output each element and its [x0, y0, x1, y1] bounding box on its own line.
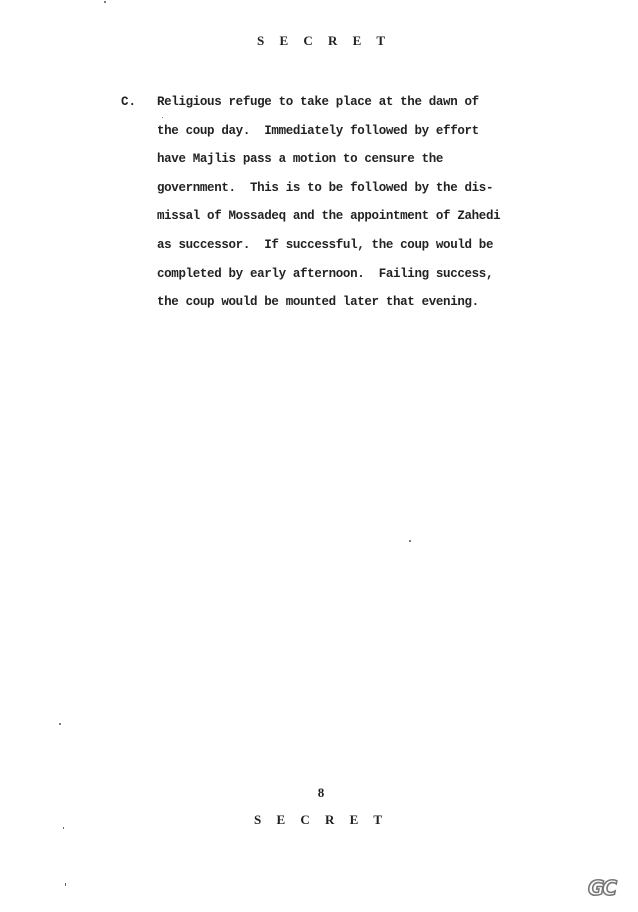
scan-speck: [104, 1, 106, 3]
text-line: missal of Mossadeq and the appointment o…: [157, 202, 597, 231]
text-line: government. This is to be followed by th…: [157, 174, 597, 203]
text-line: as successor. If successful, the coup wo…: [157, 231, 597, 260]
paragraph-text: Religious refuge to take place at the da…: [157, 88, 597, 317]
scan-speck: [63, 827, 64, 829]
text-line: completed by early afternoon. Failing su…: [157, 260, 597, 289]
page-number: 8: [0, 785, 638, 801]
watermark-logo: GC: [588, 876, 615, 900]
text-line: Religious refuge to take place at the da…: [157, 88, 597, 117]
scan-speck: [65, 883, 66, 886]
text-line: the coup day. Immediately followed by ef…: [157, 117, 597, 146]
scan-speck: [162, 117, 163, 118]
scan-speck: [409, 540, 411, 542]
paragraph-label: C.: [121, 88, 136, 117]
classification-header: S E C R E T: [5, 33, 638, 49]
text-line: have Majlis pass a motion to censure the: [157, 145, 597, 174]
scan-speck: [59, 723, 61, 725]
text-line: the coup would be mounted later that eve…: [157, 288, 597, 317]
classification-footer: S E C R E T: [2, 812, 638, 828]
